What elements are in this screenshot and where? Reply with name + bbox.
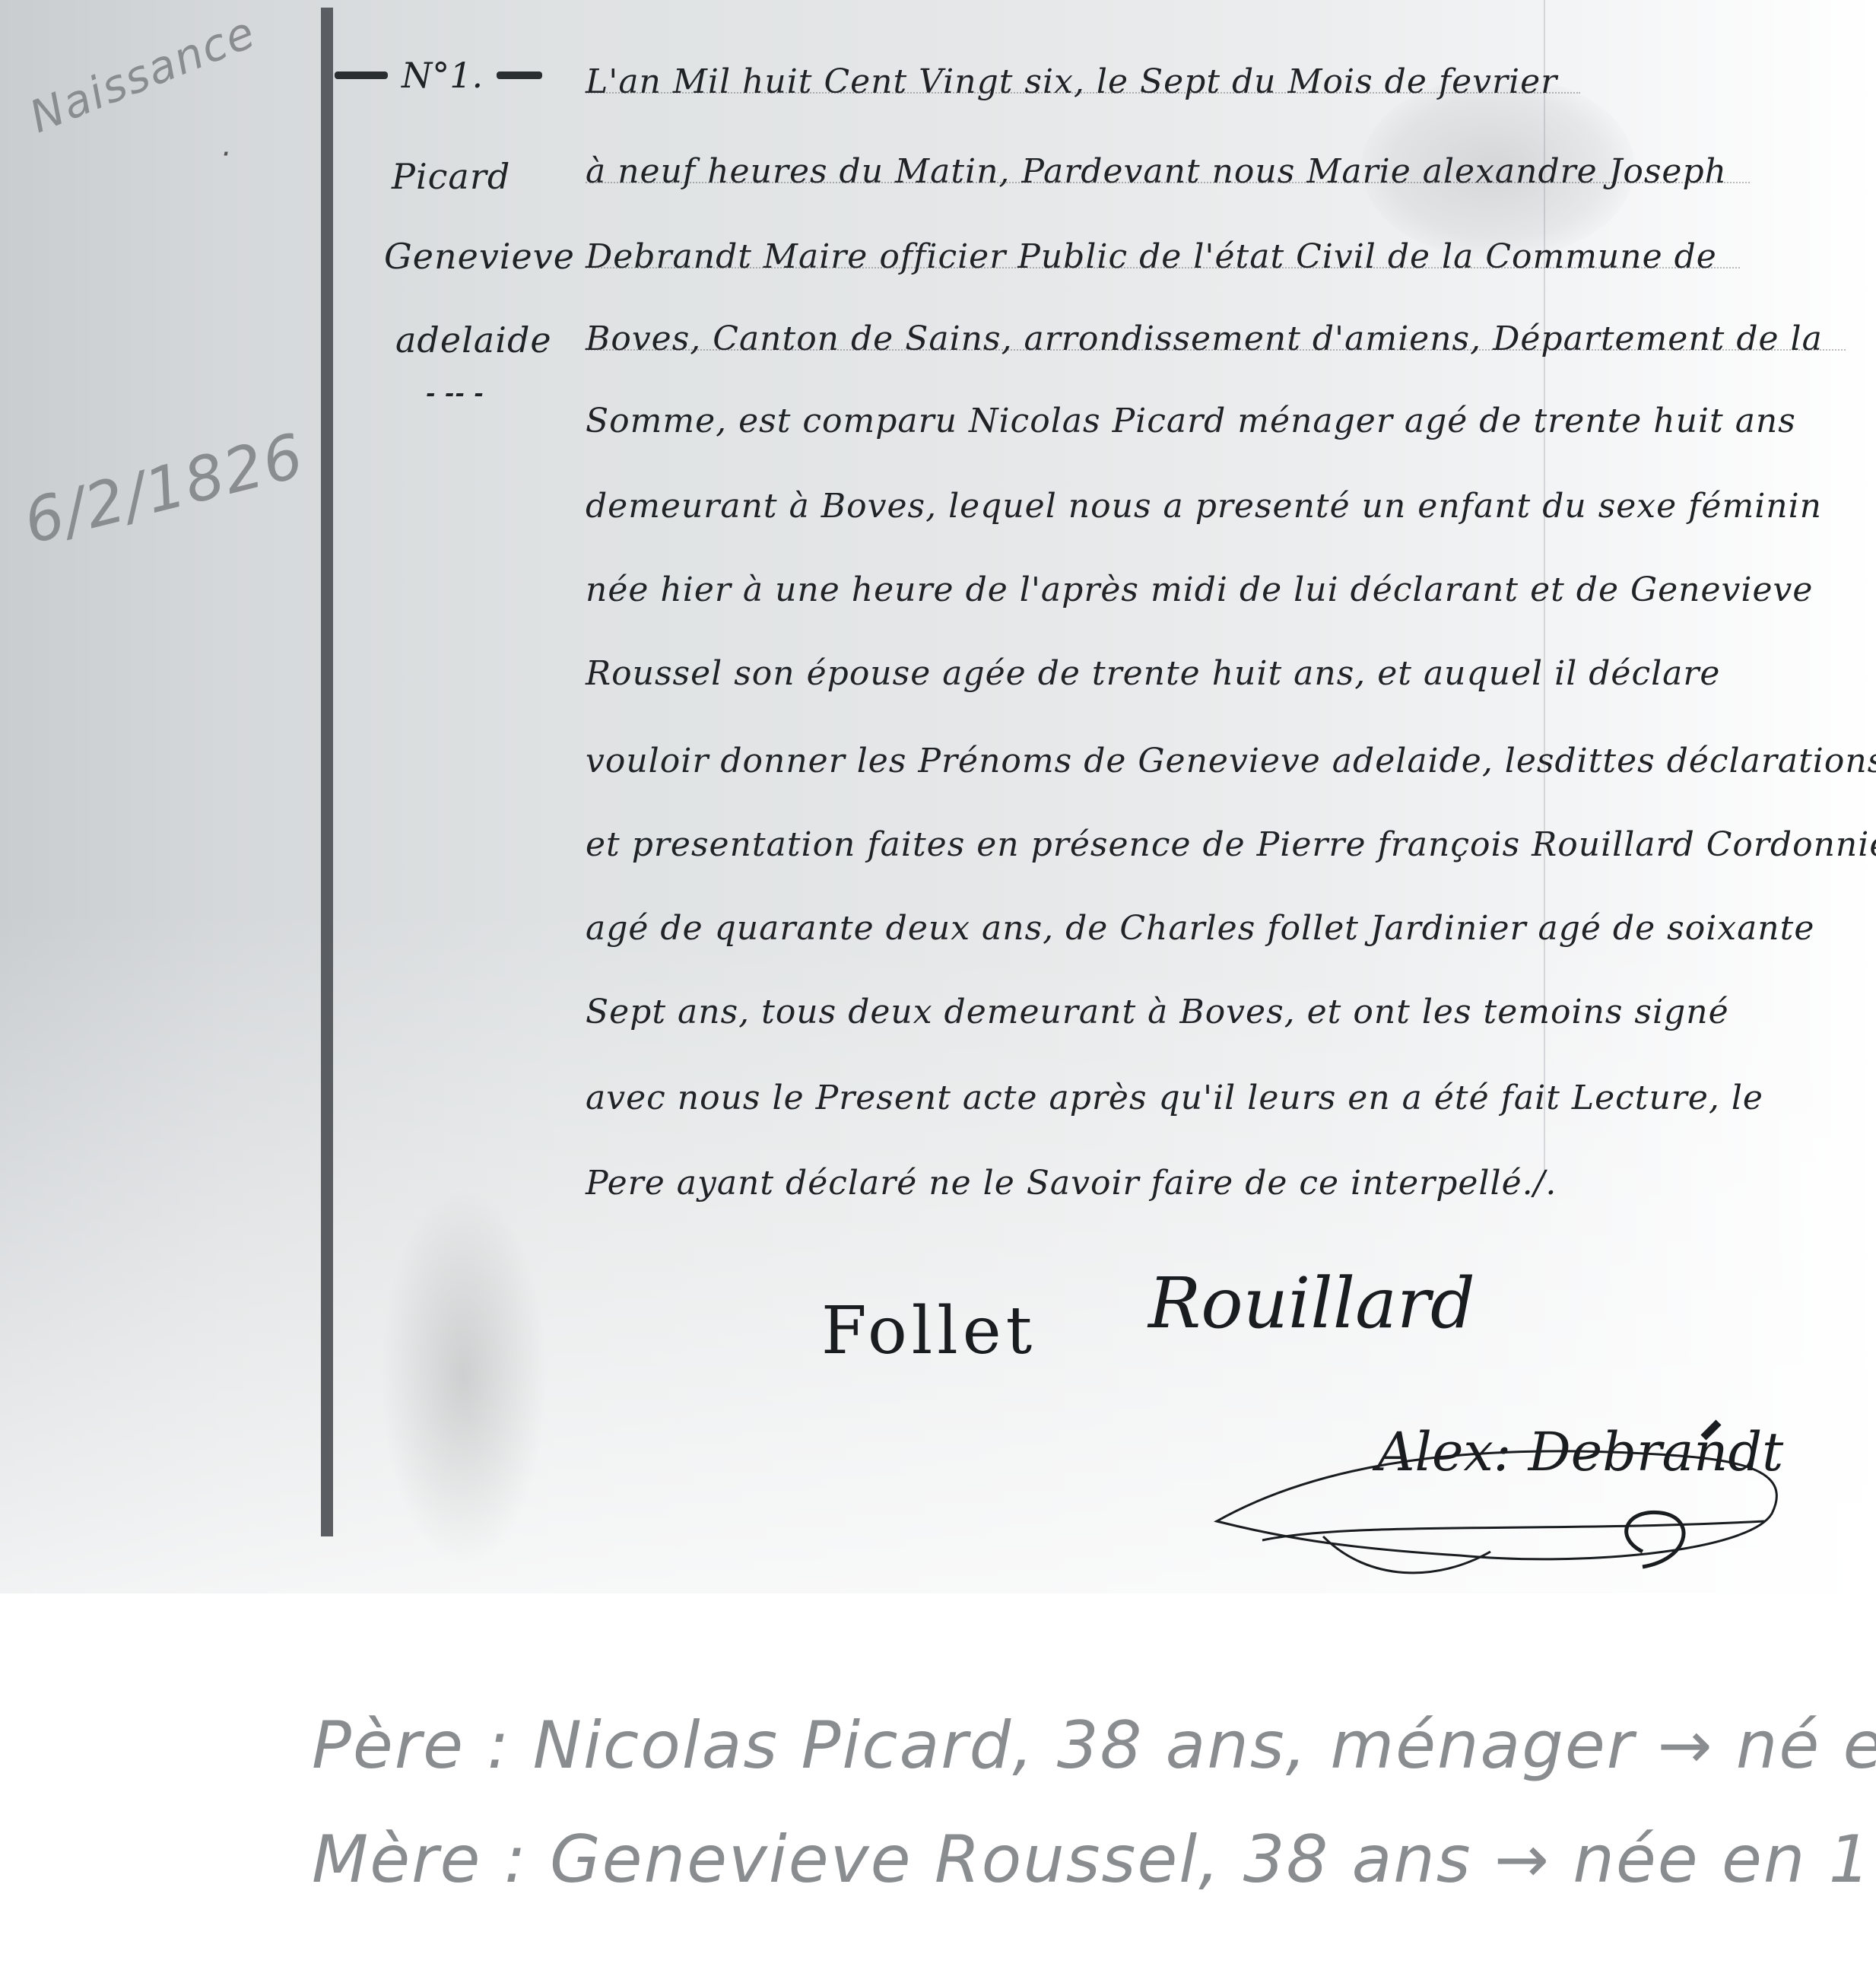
body-line-12: Sept ans, tous deux demeurant à Boves, e… — [586, 993, 1729, 1031]
entry-dash-left — [335, 71, 388, 79]
margin-rule — [321, 8, 333, 1536]
signature-rouillard: Rouillard — [1148, 1263, 1475, 1344]
body-line-8: Roussel son épouse agée de trente huit a… — [586, 654, 1720, 693]
body-line-text: demeurant à Boves, lequel nous a present… — [586, 487, 1822, 526]
body-line-text: L'an Mil huit Cent Vingt six, le Sept du… — [586, 62, 1557, 101]
body-line-13: avec nous le Present acte après qu'il le… — [586, 1079, 1763, 1117]
margin-surname: Picard — [392, 156, 510, 197]
signature-debrandt: Alex: Debrandt — [1376, 1421, 1783, 1483]
body-line-10: et presentation faites en présence de Pi… — [586, 825, 1876, 864]
body-line-text: Boves, Canton de Sains, arrondissement d… — [586, 319, 1823, 358]
margin-end-mark: - -- - — [426, 380, 484, 407]
annotation-father: Père : Nicolas Picard, 38 ans, ménager →… — [312, 1708, 1876, 1784]
body-line-text: Pere ayant déclaré ne le Savoir faire de… — [586, 1164, 1557, 1203]
body-line-2: à neuf heures du Matin, Pardevant nous M… — [586, 152, 1727, 191]
body-line-11: agé de quarante deux ans, de Charles fol… — [586, 909, 1814, 948]
body-line-5: Somme, est comparu Nicolas Picard ménage… — [586, 402, 1796, 440]
body-line-text: née hier à une heure de l'après midi de … — [586, 570, 1813, 609]
body-line-text: Sept ans, tous deux demeurant à Boves, e… — [586, 993, 1729, 1031]
photocopy-speckle — [380, 1187, 548, 1567]
body-line-text: Debrandt Maire officier Public de l'état… — [586, 237, 1717, 276]
body-line-9: vouloir donner les Prénoms de Genevieve … — [586, 742, 1876, 780]
margin-given-name-1: Genevieve — [384, 236, 575, 277]
body-line-text: vouloir donner les Prénoms de Genevieve … — [586, 742, 1876, 780]
body-line-4: Boves, Canton de Sains, arrondissement d… — [586, 319, 1823, 358]
entry-number-label: N°1. — [402, 55, 483, 96]
body-line-14: Pere ayant déclaré ne le Savoir faire de… — [586, 1164, 1557, 1203]
body-line-text: Somme, est comparu Nicolas Picard ménage… — [586, 402, 1796, 440]
annotation-mother: Mère : Genevieve Roussel, 38 ans → née e… — [312, 1822, 1876, 1898]
signature-follet: Follet — [821, 1293, 1036, 1369]
body-line-text: à neuf heures du Matin, Pardevant nous M… — [586, 152, 1727, 191]
body-line-text: agé de quarante deux ans, de Charles fol… — [586, 909, 1814, 948]
body-line-1: L'an Mil huit Cent Vingt six, le Sept du… — [586, 62, 1557, 101]
entry-dash-right — [497, 71, 542, 79]
body-line-3: Debrandt Maire officier Public de l'état… — [586, 237, 1717, 276]
body-line-6: demeurant à Boves, lequel nous a present… — [586, 487, 1822, 526]
body-line-7: née hier à une heure de l'après midi de … — [586, 570, 1813, 609]
annotation-mark: · — [221, 137, 232, 172]
body-line-text: avec nous le Present acte après qu'il le… — [586, 1079, 1763, 1117]
margin-given-name-2: adelaide — [395, 319, 552, 361]
signature-debrandt-block: Alex: Debrandt — [1186, 1407, 1855, 1574]
body-line-text: et presentation faites en présence de Pi… — [586, 825, 1876, 864]
entry-number: N°1. — [335, 55, 542, 96]
body-line-text: Roussel son épouse agée de trente huit a… — [586, 654, 1720, 693]
